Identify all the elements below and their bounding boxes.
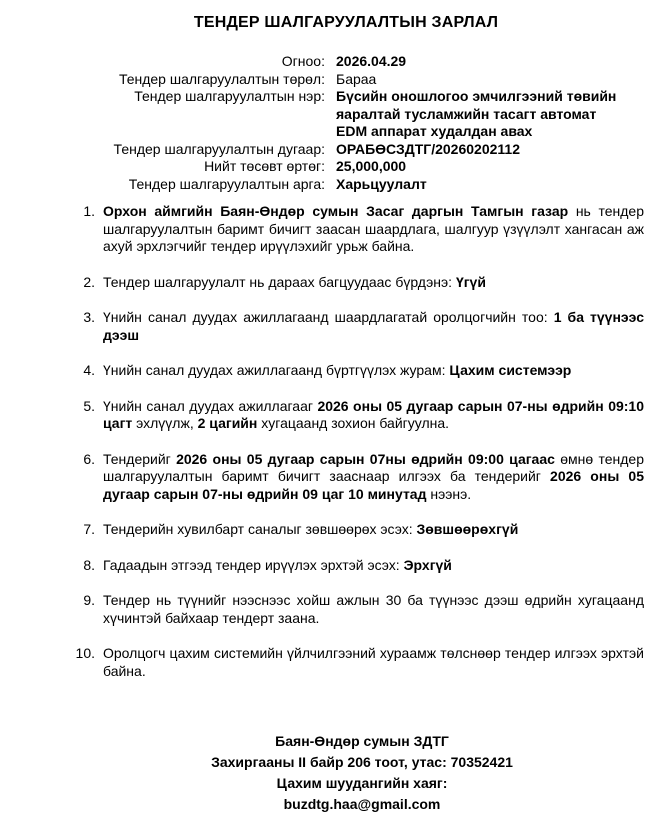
list-item: 4.Үнийн санал дуудах ажиллагаанд бүртгүү…: [75, 362, 644, 380]
item-text: Орхон аймгийн Баян-Өндөр сумын Засаг дар…: [103, 203, 644, 256]
field-label: Тендер шалгаруулалтын төрөл:: [0, 71, 325, 89]
field-label: Огноо:: [0, 53, 325, 71]
item-text-segment: Орхон аймгийн Баян-Өндөр сумын Засаг дар…: [103, 203, 568, 219]
list-item: 7.Тендерийн хувилбарт саналыг зөвшөөрөх …: [75, 521, 644, 539]
item-text-segment: Зөвшөөрөхгүй: [416, 521, 518, 537]
item-text: Үнийн санал дуудах ажиллагааг 2026 оны 0…: [103, 398, 644, 433]
list-item: 8.Гадаадын этгээд тендер ирүүлэх эрхтэй …: [75, 557, 644, 575]
document-page: { "colors": { "text": "#000000", "backgr…: [0, 0, 664, 824]
item-number: 4.: [75, 362, 95, 380]
item-number: 3.: [75, 309, 95, 344]
list-item: 2.Тендер шалгаруулалт нь дараах багцууда…: [75, 274, 644, 292]
item-text-segment: Үнийн санал дуудах ажиллагаанд шаардлага…: [103, 309, 554, 325]
item-text: Тендер шалгаруулалт нь дараах багцуудаас…: [103, 274, 644, 292]
header-fields: Огноо:2026.04.29Тендер шалгаруулалтын тө…: [0, 53, 664, 193]
list-item: 1.Орхон аймгийн Баян-Өндөр сумын Засаг д…: [75, 203, 644, 256]
page-title: ТЕНДЕР ШАЛГАРУУЛАЛТЫН ЗАРЛАЛ: [0, 0, 664, 32]
item-text: Тендерийн хувилбарт саналыг зөвшөөрөх эс…: [103, 521, 644, 539]
item-text: Оролцогч цахим системийн үйлчилгээний ху…: [103, 645, 644, 680]
item-text-segment: эхлүүлж,: [132, 415, 197, 431]
tender-announcement-document: ТЕНДЕР ШАЛГАРУУЛАЛТЫН ЗАРЛАЛ Огноо:2026.…: [0, 0, 664, 824]
item-text-segment: Эрхгүй: [404, 557, 452, 573]
item-text-segment: Гадаадын этгээд тендер ирүүлэх эрхтэй эс…: [103, 557, 404, 573]
item-number: 2.: [75, 274, 95, 292]
field-value: ОРАБӨСЗДТГ/20260202112: [336, 141, 628, 159]
item-text-segment: Тендер нь түүнийг нээснээс хойш ажлын 30…: [103, 592, 644, 626]
contact-footer: Баян-Өндөр сумын ЗДТГЗахиргааны II байр …: [80, 731, 644, 815]
item-text: Гадаадын этгээд тендер ирүүлэх эрхтэй эс…: [103, 557, 644, 575]
footer-line: Цахим шуудангийн хаяг:: [80, 773, 644, 794]
field-value: Харьцуулалт: [336, 176, 628, 194]
field-value: 2026.04.29: [336, 53, 628, 71]
item-text: Үнийн санал дуудах ажиллагаанд шаардлага…: [103, 309, 644, 344]
item-text-segment: Оролцогч цахим системийн үйлчилгээний ху…: [103, 645, 644, 679]
item-text: Тендер нь түүнийг нээснээс хойш ажлын 30…: [103, 592, 644, 627]
footer-line: Баян-Өндөр сумын ЗДТГ: [80, 731, 644, 752]
item-text-segment: Тендерийн хувилбарт саналыг зөвшөөрөх эс…: [103, 521, 416, 537]
item-text-segment: Үнийн санал дуудах ажиллагааг: [103, 398, 317, 414]
item-text-segment: Үгүй: [456, 274, 486, 290]
field-label: Нийт төсөвт өртөг:: [0, 158, 325, 176]
item-number: 8.: [75, 557, 95, 575]
item-text-segment: Тендерийг: [103, 451, 176, 467]
field-value: 25,000,000: [336, 158, 628, 176]
field-label: Тендер шалгаруулалтын арга:: [0, 176, 325, 194]
item-number: 10.: [75, 645, 95, 680]
item-text: Үнийн санал дуудах ажиллагаанд бүртгүүлэ…: [103, 362, 644, 380]
item-text-segment: хугацаанд зохион байгуулна.: [257, 415, 449, 431]
field-label: Тендер шалгаруулалтын дугаар:: [0, 141, 325, 159]
item-text-segment: Тендер шалгаруулалт нь дараах багцуудаас…: [103, 274, 456, 290]
list-item: 5.Үнийн санал дуудах ажиллагааг 2026 оны…: [75, 398, 644, 433]
item-text-segment: 2026 оны 05 дугаар сарын 07ны өдрийн 09:…: [176, 451, 555, 467]
item-text-segment: 2 цагийн: [198, 415, 258, 431]
item-text-segment: Цахим системээр: [449, 362, 571, 378]
list-item: 6.Тендерийг 2026 оны 05 дугаар сарын 07н…: [75, 451, 644, 504]
item-number: 7.: [75, 521, 95, 539]
list-item: 9.Тендер нь түүнийг нээснээс хойш ажлын …: [75, 592, 644, 627]
item-text: Тендерийг 2026 оны 05 дугаар сарын 07ны …: [103, 451, 644, 504]
field-value: Бараа: [336, 71, 628, 89]
list-item: 10.Оролцогч цахим системийн үйлчилгээний…: [75, 645, 644, 680]
tender-terms-list: 1.Орхон аймгийн Баян-Өндөр сумын Засаг д…: [75, 203, 644, 680]
list-item: 3.Үнийн санал дуудах ажиллагаанд шаардла…: [75, 309, 644, 344]
item-number: 5.: [75, 398, 95, 433]
item-number: 6.: [75, 451, 95, 504]
footer-line: buzdtg.haa@gmail.com: [80, 794, 644, 815]
item-text-segment: нээнэ.: [426, 486, 471, 502]
item-number: 9.: [75, 592, 95, 627]
footer-line: Захиргааны II байр 206 тоот, утас: 70352…: [80, 752, 644, 773]
field-label: Тендер шалгаруулалтын нэр:: [0, 88, 325, 141]
item-number: 1.: [75, 203, 95, 256]
item-text-segment: Үнийн санал дуудах ажиллагаанд бүртгүүлэ…: [103, 362, 449, 378]
field-value: Бүсийн оношлогоо эмчилгээний төвийн яара…: [336, 88, 628, 141]
